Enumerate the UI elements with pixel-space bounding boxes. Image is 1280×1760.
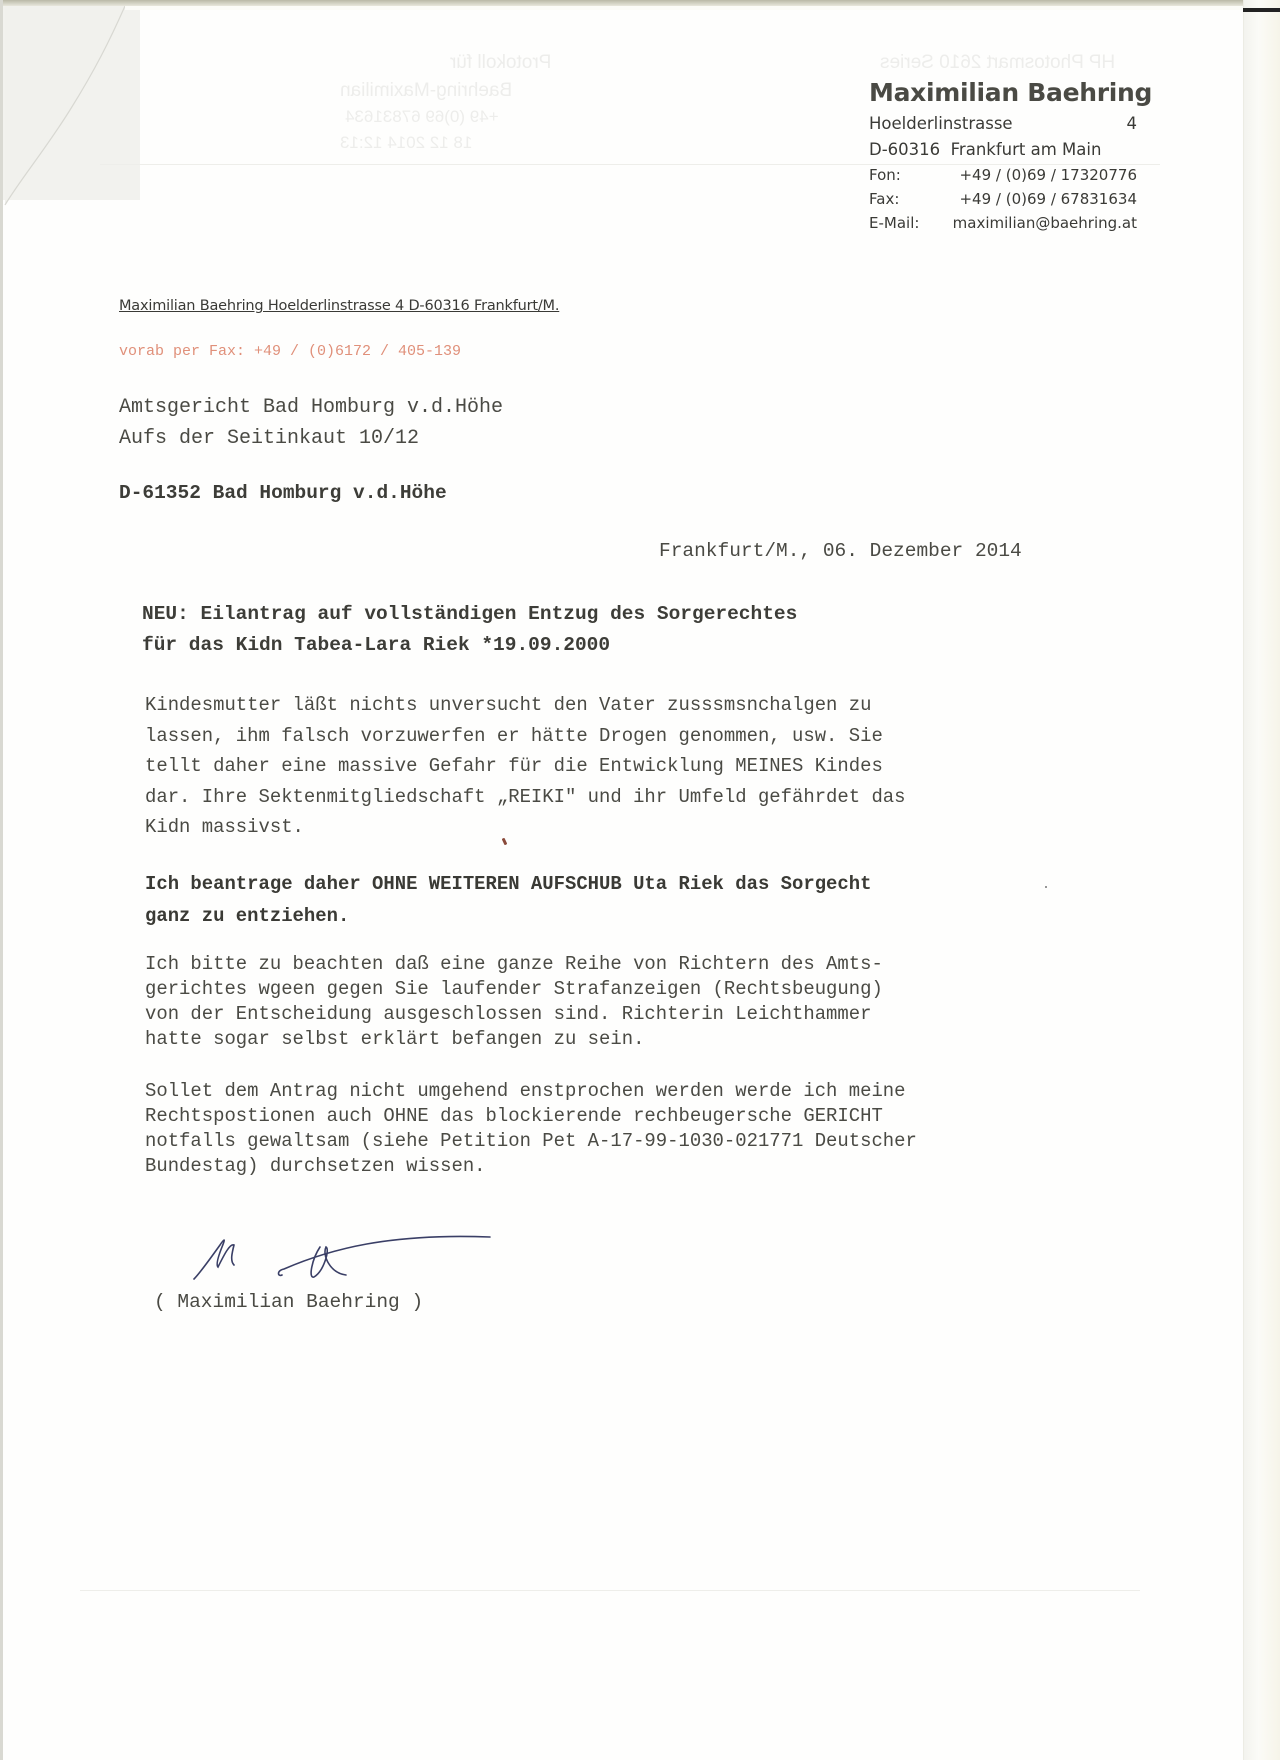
show-through-text: 18 12 2014 12:13 (340, 133, 472, 153)
show-through-text: +49 (0)69 67831634 (345, 107, 499, 127)
signature-name: ( Maximilian Baehring ) (154, 1291, 423, 1313)
body-paragraph-request: Ich beantrage daher OHNE WEITEREN AUFSCH… (145, 868, 871, 932)
subject-line-1: NEU: Eilantrag auf vollständigen Entzug … (142, 599, 797, 630)
letterhead: Maximilian Baehring Hoelderlinstrasse 4 … (869, 78, 1137, 235)
recipient-city: D-61352 Bad Homburg v.d.Höhe (119, 482, 447, 504)
letterhead-phone-row: Fon: +49 / (0)69 / 17320776 (869, 163, 1137, 187)
underlying-page-corner: HP (0, 0, 140, 200)
show-through-rule (80, 1590, 1140, 1591)
fax-label: Fax: (869, 187, 939, 211)
subject: NEU: Eilantrag auf vollständigen Entzug … (142, 599, 797, 661)
body-paragraph-1: Kindesmutter läßt nichts unversucht den … (145, 690, 906, 843)
recipient-line-1: Amtsgericht Bad Homburg v.d.Höhe (119, 392, 503, 423)
handwritten-signature (190, 1225, 500, 1285)
fax-note: vorab per Fax: +49 / (0)6172 / 405-139 (119, 343, 461, 360)
letterhead-name: Maximilian Baehring (869, 78, 1137, 107)
recipient-line-2: Aufs der Seitinkaut 10/12 (119, 423, 503, 454)
letterhead-city: D-60316 Frankfurt am Main (869, 137, 1101, 163)
show-through-text: Protokoll für (450, 52, 551, 74)
scanned-letter-page: HP Protokoll für Baehring-Maximilian +49… (0, 0, 1280, 1760)
phone-label: Fon: (869, 163, 939, 187)
sender-return-address: Maximilian Baehring Hoelderlinstrasse 4 … (119, 298, 559, 314)
letterhead-email-row: E-Mail: maximilian@baehring.at (869, 211, 1137, 235)
letterhead-street: Hoelderlinstrasse (869, 111, 1013, 137)
subject-line-2: für das Kidn Tabea-Lara Riek *19.09.2000 (142, 630, 797, 661)
speck (1045, 886, 1047, 888)
scan-edge-mark (1243, 8, 1280, 12)
body-paragraph-3: Ich bitte zu beachten daß eine ganze Rei… (145, 952, 883, 1052)
date-line: Frankfurt/M., 06. Dezember 2014 (659, 540, 1022, 562)
letterhead-house-number: 4 (1127, 111, 1138, 137)
recipient-address: Amtsgericht Bad Homburg v.d.Höhe Aufs de… (119, 392, 503, 454)
letterhead-fax-row: Fax: +49 / (0)69 / 67831634 (869, 187, 1137, 211)
body-paragraph-4: Sollet dem Antrag nicht umgehend enstpro… (145, 1079, 917, 1179)
show-through-text: HP Photosmart 2610 Series (880, 52, 1115, 74)
scan-left-edge (0, 0, 3, 1760)
email-address: maximilian@baehring.at (953, 211, 1137, 235)
letterhead-street-row: Hoelderlinstrasse 4 (869, 111, 1137, 137)
fax-number: +49 / (0)69 / 67831634 (959, 187, 1137, 211)
underlying-page-text: HP (70, 52, 98, 75)
letterhead-city-row: D-60316 Frankfurt am Main (869, 137, 1137, 163)
show-through-text: Baehring-Maximilian (340, 80, 512, 102)
email-label: E-Mail: (869, 211, 939, 235)
scan-top-edge (0, 0, 1280, 6)
scan-right-edge (1243, 0, 1280, 1760)
phone-number: +49 / (0)69 / 17320776 (959, 163, 1137, 187)
